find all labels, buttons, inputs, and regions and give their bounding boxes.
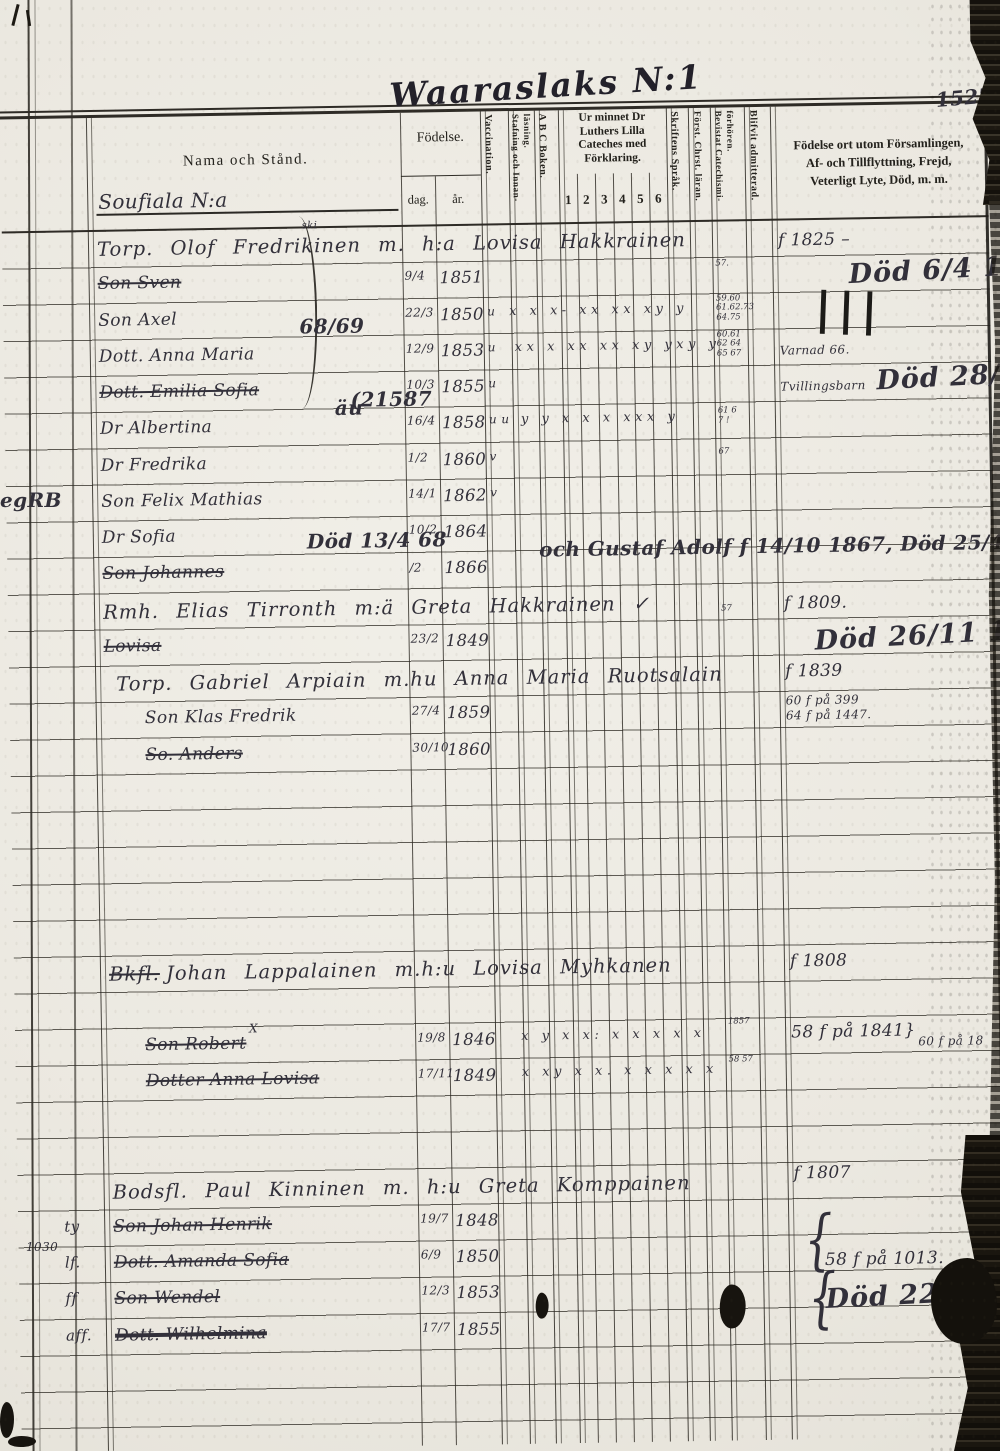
scanned-church-record-page: egRB1030 Nama och Stånd. Födelse. dag. å…	[0, 0, 1000, 1451]
row1-year-entry: 1851	[439, 268, 483, 288]
row23-year-entry: 1849	[453, 1065, 497, 1085]
row7-name-entry: Son Felix Mathias	[101, 489, 263, 512]
note-dod-johannes: Död 13/4 68	[307, 527, 447, 553]
row8-year-entry: 1864	[444, 521, 488, 541]
row2-year-entry: 1850	[440, 304, 484, 324]
christian-doctrine-header: Först. Chrst. läran.	[690, 111, 712, 219]
row23-bev-entry: 58 57	[729, 1055, 753, 1065]
corner-ink-blob	[0, 1402, 14, 1438]
row5-name-entry: Dr Albertina	[100, 417, 212, 439]
row13-name-entry: Son Klas Fredrik	[145, 706, 297, 729]
row20-note-entry: f 1808	[790, 951, 848, 972]
row9-name-entry: Son Johannes	[102, 562, 224, 584]
row28-year-entry: 1850	[456, 1246, 500, 1266]
row5-year-entry: 1858	[442, 413, 486, 433]
spelling-reading-header: Stafning och Innan-läsning.	[509, 114, 536, 222]
row30-name-entry: Dott. Wilhelmina	[115, 1323, 267, 1346]
attended-catechism-header: Bevistat Catechismi-förhören.	[712, 110, 745, 218]
row29-year-entry: 1853	[456, 1283, 500, 1303]
row29-name-entry: Son Wendel	[114, 1287, 220, 1309]
row7-vacc-entry: v	[490, 485, 497, 499]
row10-bev-entry: 57	[721, 604, 732, 614]
row3-day-entry: 12/9	[406, 341, 435, 355]
row28-name-entry: Dott. Amanda Sofia	[114, 1250, 289, 1273]
row23-day-entry: 17/11	[418, 1066, 455, 1081]
catechism-col-number: 1	[559, 174, 578, 224]
row30-day-entry: 17/7	[422, 1320, 451, 1334]
abc-book-header: A B C Boken.	[536, 113, 560, 221]
row30-year-entry: 1855	[457, 1319, 501, 1339]
row22-year-entry: 1846	[452, 1029, 496, 1049]
note-58fpa1013: 58 f på 1013.	[825, 1248, 944, 1270]
vaccination-header: Vaccination.	[482, 114, 510, 222]
row9-year-entry: 1866	[444, 558, 488, 578]
row6-bev-entry: 67	[718, 447, 729, 457]
row30-margin-entry: aff.	[66, 1326, 92, 1344]
row13-day-entry: 27/4	[412, 704, 441, 718]
row3-name-entry: Dott. Anna Maria	[99, 344, 255, 367]
row5-day-entry: 16/4	[407, 414, 436, 428]
row23-name-entry: Dotter Anna Lovisa	[146, 1068, 320, 1091]
row29-day-entry: 12/3	[421, 1283, 450, 1297]
row14-name-entry: So. Anders	[145, 743, 243, 765]
row22-note-entry: 58 f på 1841}	[791, 1020, 916, 1042]
farm-name-script: Soufiala N:a	[98, 188, 228, 214]
row8-name-entry: Dr Sofia	[102, 527, 176, 548]
row2-name-entry: Son Axel	[98, 309, 177, 330]
row6-name-entry: Dr Fredrika	[100, 454, 207, 476]
row3-vacc-entry: u	[488, 340, 496, 354]
row13-note-entry: 60 f på 399 64 f på 1447.	[786, 692, 872, 723]
row4-name-entry: Dott. Emilia Sofia	[99, 380, 259, 403]
catechism-col-number: 3	[595, 173, 614, 223]
row11-name-entry: Lovisa	[103, 636, 161, 657]
row22-bev-entry: 1857	[728, 1017, 750, 1027]
row1-name-entry: Son Sven	[97, 273, 181, 294]
row28-margin-entry: lf.	[65, 1253, 81, 1271]
catechism-header: Ur minnet Dr Luthers Lilla Cateches med …	[559, 110, 666, 172]
catechism-column-numbers: 123456	[559, 172, 668, 224]
catechism-col-number: 2	[577, 174, 596, 224]
row27-name-entry: Son Johan Henrik	[113, 1214, 272, 1237]
catechism-col-number: 6	[649, 172, 668, 222]
birth-divider-rule	[401, 175, 481, 178]
row20-name-entry: Bkfl.	[109, 962, 160, 986]
row7-year-entry: 1862	[443, 485, 487, 505]
row27-year-entry: 1848	[455, 1210, 499, 1230]
row11-year-entry: 1849	[445, 630, 489, 650]
sup-x-robert: X	[249, 1021, 258, 1035]
row28-day-entry: 6/9	[421, 1247, 442, 1261]
row22-marks-entry: x y x x: x x x x x	[521, 1025, 706, 1043]
tally-marks: |||	[814, 283, 885, 336]
row22-name-entry: Son Robert	[145, 1033, 246, 1055]
row27-day-entry: 19/7	[420, 1211, 449, 1225]
note-21587: (21587	[350, 386, 432, 411]
row4-year-entry: 1855	[441, 376, 485, 396]
row5-vacc-entry: u u	[489, 412, 510, 426]
row14-day-entry: 30/10	[412, 740, 449, 755]
row4-vacc-entry: u	[488, 376, 496, 390]
row26-note-entry: f 1807	[793, 1162, 851, 1183]
row29-margin-entry: ff	[65, 1290, 77, 1308]
row4-note-entry: Tvillingsbarn	[780, 378, 865, 393]
row3-bev-entry: 60.61 62 64 65 67	[716, 330, 741, 359]
row3-year-entry: 1853	[441, 340, 485, 360]
sup-ski: ski	[302, 220, 318, 231]
catechism-col-number: 4	[613, 173, 632, 223]
row6-year-entry: 1860	[442, 449, 486, 469]
note-6869: 68/69	[299, 313, 364, 338]
row27-margin-entry: ty	[64, 1217, 80, 1235]
birth-year-header: år.	[435, 192, 481, 208]
birth-day-header: dag.	[401, 192, 435, 208]
row6-vacc-entry: v	[489, 449, 496, 463]
row3-note-entry: Varnad 66.	[780, 342, 850, 357]
record-table: Nama och Stånd. Födelse. dag. år. Vaccin…	[0, 0, 1000, 1451]
catechism-col-number: 5	[631, 173, 650, 223]
row2-bev-entry: 59.60 61.62.73 64.75	[716, 294, 754, 323]
row11-day-entry: 23/2	[410, 631, 439, 645]
row2-day-entry: 22/3	[405, 305, 434, 319]
row1-day-entry: 9/4	[404, 269, 425, 283]
row2-marks-entry: x x x- xx xx xy y	[509, 301, 688, 319]
row2-vacc-entry: u	[487, 304, 495, 318]
name-column-header: Nama och Stånd.	[95, 150, 395, 172]
admitted-header: Blifvit admitterad.	[747, 110, 771, 218]
row9-day-entry: /2	[409, 561, 422, 575]
edge-ink-blob	[931, 1258, 997, 1344]
birth-column-header: Födelse.	[400, 130, 480, 147]
row22-day-entry: 19/8	[417, 1030, 446, 1044]
row12-note-entry: f 1839	[785, 661, 843, 682]
row10-note-entry: f 1809.	[784, 592, 847, 613]
row5-bev-entry: 61 6 7 !	[718, 407, 737, 426]
row13-year-entry: 1859	[447, 703, 491, 723]
row7-day-entry: 14/1	[408, 486, 437, 500]
row0-note-entry: f 1825 –	[778, 229, 850, 250]
row1-bev-entry: 57.	[715, 260, 729, 270]
row14-year-entry: 1860	[447, 739, 491, 759]
scripture-language-header: Skriftens Språk.	[668, 111, 690, 219]
row6-day-entry: 1/2	[407, 450, 428, 464]
entries-layer: Torp. Olof Fredrikinen m. h:a Lovisa Hak…	[0, 0, 998, 2]
row5-marks-entry: y y x x x xxx y	[521, 410, 680, 428]
